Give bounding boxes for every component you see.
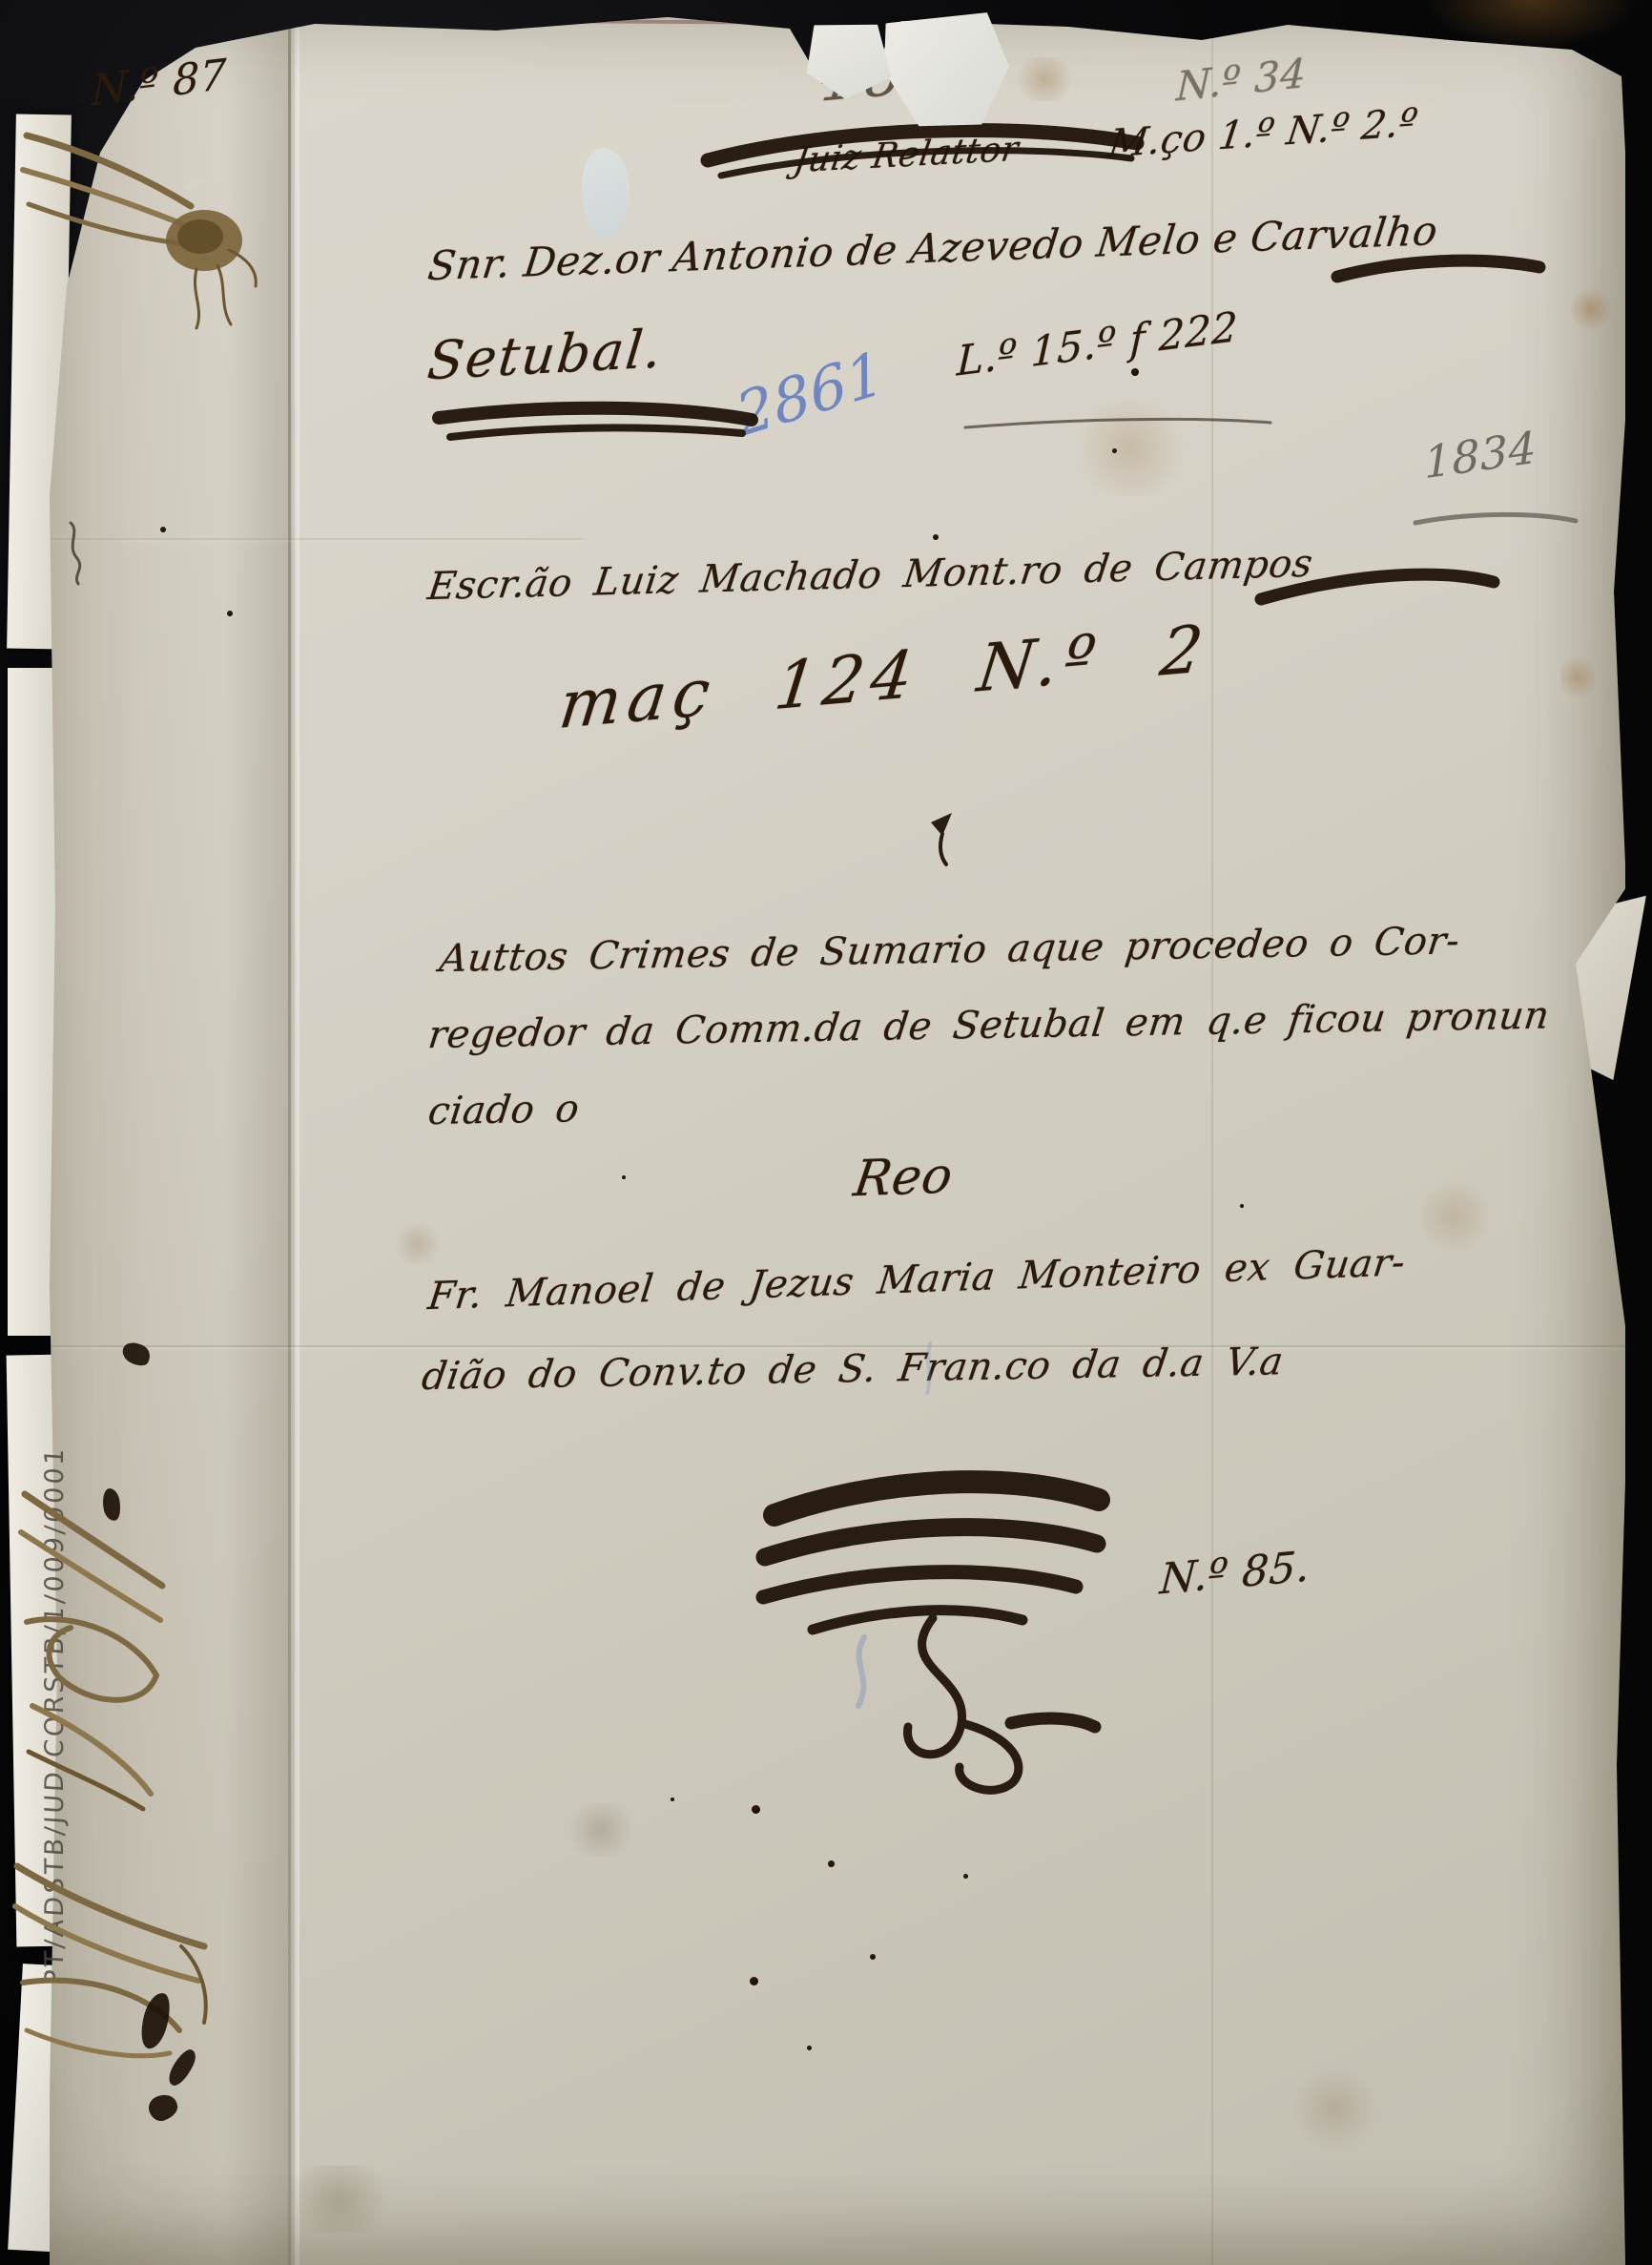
ink-spot [963,1874,968,1879]
ink-spot [622,1175,626,1179]
archive-reference-code: PT/ADSTB/JUD/CORSTB/1/009/0001 [40,1444,70,1986]
ink-spot [671,1797,674,1801]
ink-spot [1240,1204,1244,1208]
ink-spot [870,1954,876,1960]
ink-spot [1131,368,1139,376]
ink-spot [1112,448,1117,453]
ink-spot [933,534,939,540]
fold-crease [50,538,584,540]
manuscript-photo: N.º 87 1834 N.º 34 Juiz Relattor M.ço 1.… [0,0,1652,2265]
place-name: Setubal. [424,318,666,391]
spine-crease-highlight [295,11,299,2265]
case-description-line: ciado o [425,1087,582,1133]
defendant-heading: Reo [851,1147,957,1208]
ink-spot [227,611,233,616]
spine-fold [50,11,299,2265]
spine-crease [288,11,291,2265]
ink-spot [160,527,166,532]
ink-spot [807,2046,812,2050]
page-edge [8,668,57,1336]
ink-spot [752,1805,760,1814]
board-edge-line [193,17,822,24]
ink-spot [750,1977,758,1985]
ink-spot [828,1860,835,1867]
